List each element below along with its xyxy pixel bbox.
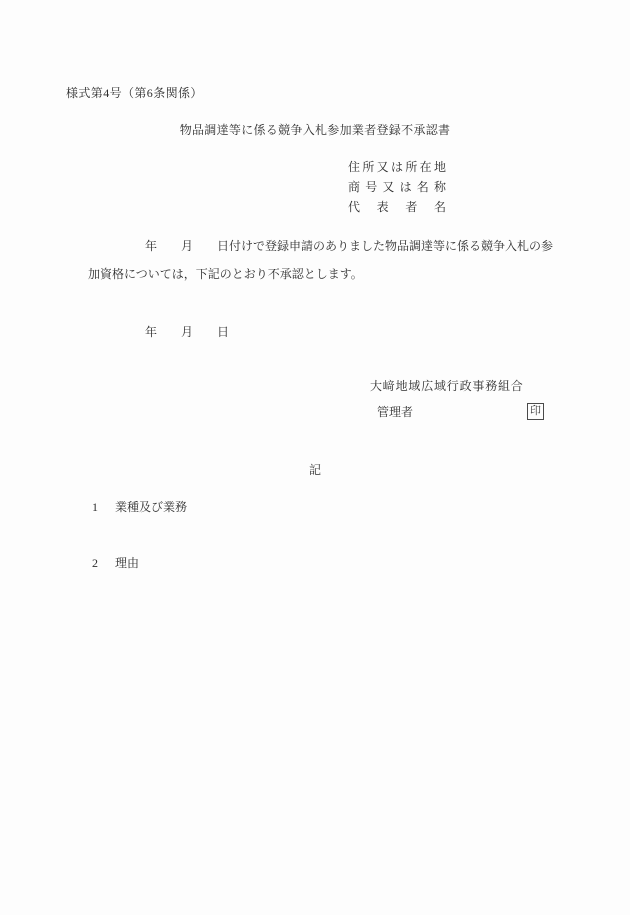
issuer-title-row: 管理者 印	[377, 403, 544, 420]
item-label: 理由	[115, 556, 139, 570]
document-title: 物品調達等に係る競争入札参加業者登録不承認書	[0, 121, 630, 138]
recipient-address-label: 住所又は所在地	[348, 157, 446, 177]
recipient-block: 住所又は所在地 商号又は名称 代表者名	[348, 157, 446, 217]
seal-box: 印	[527, 403, 544, 420]
item-label: 業種及び業務	[115, 500, 187, 514]
recipient-company-label: 商号又は名称	[348, 177, 446, 197]
body-text-line1: 年 月 日付けで登録申請のありました物品調達等に係る競争入札の参	[145, 237, 553, 254]
issuer-organization: 大﨑地域広域行政事務組合	[370, 377, 524, 394]
recipient-representative-label: 代表者名	[348, 197, 446, 217]
note-heading: 記	[0, 461, 630, 478]
list-item-1: 1 業種及び業務	[92, 498, 187, 515]
item-number: 2	[92, 556, 98, 570]
body-text-line2: 加資格については，下記のとおり不承認とします。	[88, 265, 363, 282]
issue-date-line: 年 月 日	[145, 323, 229, 340]
form-number: 様式第4号（第6条関係）	[66, 84, 203, 101]
document-page: 様式第4号（第6条関係） 物品調達等に係る競争入札参加業者登録不承認書 住所又は…	[0, 0, 630, 915]
item-number: 1	[92, 500, 98, 514]
list-item-2: 2 理由	[92, 554, 139, 571]
issuer-title: 管理者	[377, 403, 413, 420]
